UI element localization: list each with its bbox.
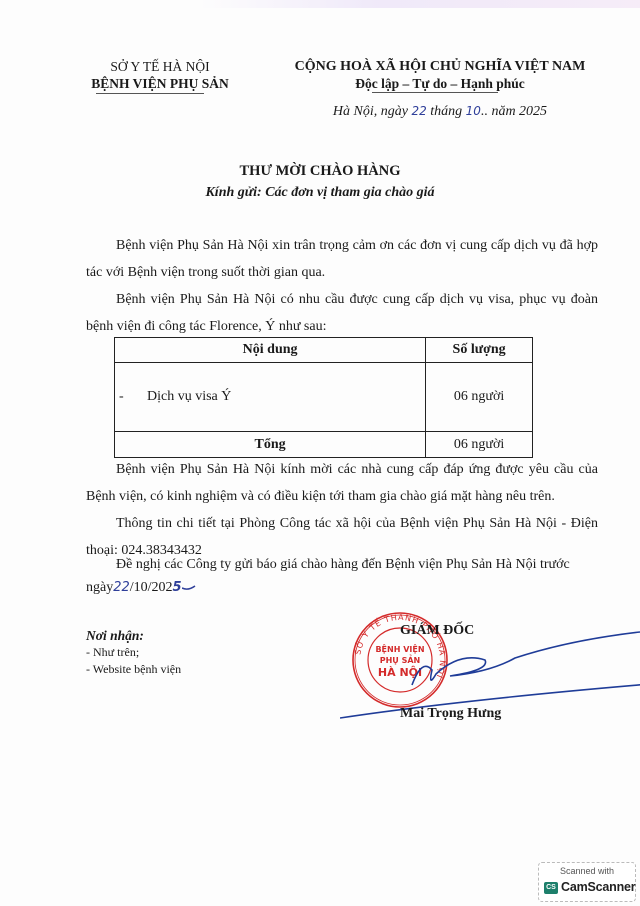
item-bullet: - [115,389,147,405]
national-header: CỘNG HOÀ XÃ HỘI CHỦ NGHĨA VIỆT NAM Độc l… [270,58,610,92]
recipient-item: - Website bệnh viện [86,661,181,678]
table-header-row: Nội dung Số lượng [115,338,533,363]
total-value: 06 người [426,432,533,458]
paragraph-invitation: Bệnh viện Phụ Sản Hà Nội kính mời các nh… [86,456,598,510]
signatory-name: Mai Trọng Hưng [400,706,501,722]
total-label: Tổng [115,432,426,458]
issuing-authority: SỞ Y TẾ HÀ NỘI BỆNH VIỆN PHỤ SẢN [60,58,260,92]
table-row: -Dịch vụ visa Ý 06 người [115,363,533,432]
item-quantity: 06 người [426,363,533,432]
date-prefix: Hà Nội, ngày [333,104,412,119]
scan-edge-tint [200,0,640,8]
month-label: tháng [427,104,466,119]
paragraph-request: Bệnh viện Phụ Sản Hà Nội có nhu cầu được… [86,286,598,340]
greeting: Kính gửi: Các đơn vị tham gia chào giá [0,185,640,201]
service-table: Nội dung Số lượng -Dịch vụ visa Ý 06 ngư… [114,337,533,458]
camscanner-logo-icon: CS [544,882,558,894]
paragraph-deadline-text: Đề nghị các Công ty gửi báo giá chào hàn… [116,557,570,572]
department-name: SỞ Y TẾ HÀ NỘI [60,58,260,75]
deadline-month-year: /10/202 [130,580,173,595]
paragraph-invitation-text: Bệnh viện Phụ Sản Hà Nội kính mời các nh… [86,462,598,504]
header-content: Nội dung [115,338,426,363]
recipient-item: - Như trên; [86,644,181,661]
header-right-underline [372,92,498,93]
handwritten-day: 22 [411,104,426,118]
year-label: năm 2025 [488,104,547,119]
handwritten-month: 10 [466,104,481,118]
item-name: Dịch vụ visa Ý [147,389,231,404]
watermark-caption: Scanned with [539,866,635,876]
handwritten-year-digit: 5 [173,580,182,595]
table-total-row: Tổng 06 người [115,432,533,458]
recipients-block: Nơi nhận: - Như trên; - Website bệnh việ… [86,627,181,678]
recipients-label: Nơi nhận: [86,627,181,644]
paragraph-thanks-text: Bệnh viện Phụ Sản Hà Nội xin trân trọng … [86,238,598,280]
paragraph-request-text: Bệnh viện Phụ Sản Hà Nội có nhu cầu được… [86,292,598,334]
header-left-underline [96,93,204,94]
paragraph-deadline: Đề nghị các Công ty gửi báo giá chào hàn… [86,551,598,578]
paragraph-thanks: Bệnh viện Phụ Sản Hà Nội xin trân trọng … [86,232,598,286]
country-name: CỘNG HOÀ XÃ HỘI CHỦ NGHĨA VIỆT NAM [270,58,610,75]
item-cell: -Dịch vụ visa Ý [115,363,426,432]
date-line: Hà Nội, ngày 22 tháng 10.. năm 2025 [280,104,600,120]
date-dots: .. [481,104,488,119]
deadline-prefix: ngày [86,580,113,595]
national-motto: Độc lập – Tự do – Hạnh phúc [270,75,610,92]
handwritten-deadline-day: 22 [113,580,130,595]
header-quantity: Số lượng [426,338,533,363]
hospital-name: BỆNH VIỆN PHỤ SẢN [60,75,260,92]
deadline-date: ngày22/10/2025 [86,580,196,596]
ink-stroke-icon [182,582,196,592]
watermark-brand: CamScanner [561,880,635,894]
document-title: THƯ MỜI CHÀO HÀNG [0,163,640,180]
camscanner-watermark: Scanned with CS CamScanner [538,862,636,902]
